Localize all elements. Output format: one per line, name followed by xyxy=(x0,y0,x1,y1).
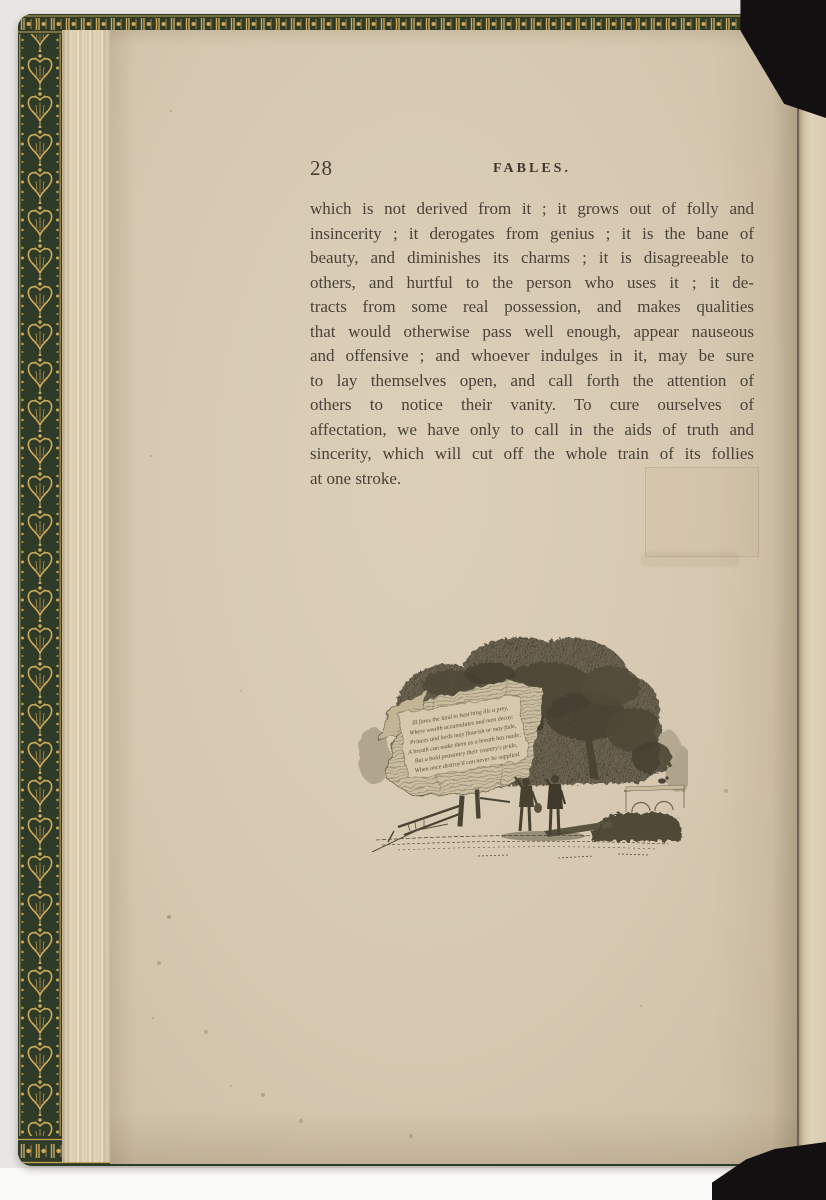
next-page-edge xyxy=(797,92,826,1154)
binding-left-gold-tooling xyxy=(18,14,62,1166)
running-title: FABLES. xyxy=(310,161,754,177)
text-line: which is not derived from it ; it grows … xyxy=(310,197,754,222)
page-edge-stack xyxy=(62,30,114,1162)
text-line: to lay themselves open, and call forth t… xyxy=(310,369,754,394)
scan-background-bottom xyxy=(0,1168,826,1200)
text-line: that would otherwise pass well enough, a… xyxy=(310,320,754,345)
broken-fence xyxy=(388,790,510,842)
text-line: and offensive ; and whoever indulges in … xyxy=(310,344,754,369)
text-line: affectation, we have only to call in the… xyxy=(310,418,754,443)
woodcut-tailpiece: Ill fares the land to hast'ning ills a p… xyxy=(358,628,688,864)
body-text: which is not derived from it ; it grows … xyxy=(310,197,754,491)
foxing-specks xyxy=(110,30,112,32)
book-page: 28 FABLES. which is not derived from it … xyxy=(110,30,798,1164)
text-line: at one stroke. xyxy=(310,467,754,492)
text-line: others to notice their vanity. To cure o… xyxy=(310,393,754,418)
show-through-text xyxy=(640,552,740,567)
text-line: insincerity ; it derogates from genius ;… xyxy=(310,222,754,247)
text-line: beauty, and diminishes its charms ; it i… xyxy=(310,246,754,271)
text-line: tracts from some real possession, and ma… xyxy=(310,295,754,320)
text-line: sincerity, which will cut off the whole … xyxy=(310,442,754,467)
text-line: others, and hurtful to the person who us… xyxy=(310,271,754,296)
